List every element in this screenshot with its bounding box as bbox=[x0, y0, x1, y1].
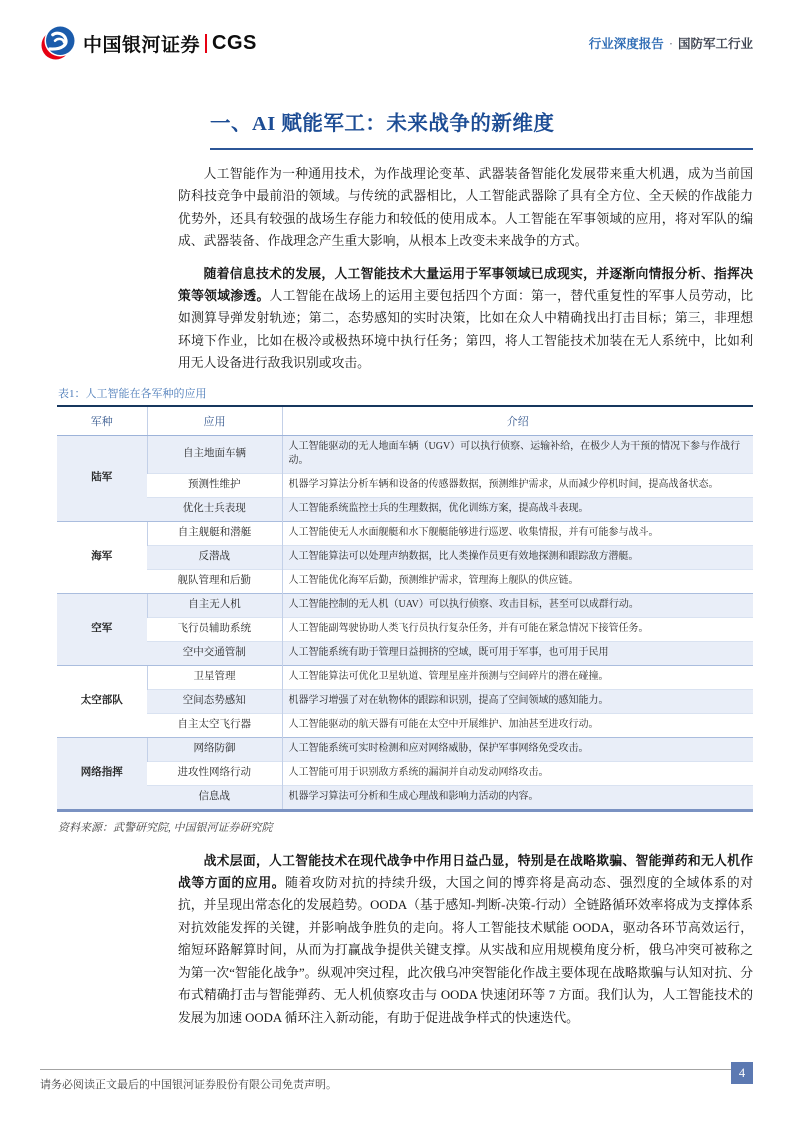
page-number-badge: 4 bbox=[731, 1062, 753, 1084]
app-cell: 自主太空飞行器 bbox=[147, 713, 282, 737]
table-row: 空中交通管制 人工智能系统有助于管理日益拥挤的空域，既可用于军事，也可用于民用 bbox=[57, 641, 753, 665]
desc-cell: 人工智能优化海军后勤，预测维护需求，管理海上舰队的供应链。 bbox=[282, 569, 753, 593]
desc-cell: 人工智能使无人水面舰艇和水下舰艇能够进行巡逻、收集情报，并有可能参与战斗。 bbox=[282, 521, 753, 545]
galaxy-logo-icon bbox=[40, 25, 76, 61]
desc-cell: 人工智能可用于识别敌方系统的漏洞并自动发动网络攻击。 bbox=[282, 761, 753, 785]
desc-cell: 人工智能系统可实时检测和应对网络威胁，保护军事网络免受攻击。 bbox=[282, 737, 753, 761]
table-row: 预测性维护 机器学习算法分析车辆和设备的传感器数据，预测维护需求，从而减少停机时… bbox=[57, 473, 753, 497]
report-page: 中国银河证券 CGS 行业深度报告·国防军工行业 一、AI 赋能军工：未来战争的… bbox=[0, 0, 793, 1122]
app-cell: 网络防御 bbox=[147, 737, 282, 761]
table-row: 陆军 自主地面车辆 人工智能驱动的无人地面车辆（UGV）可以执行侦察、运输补给，… bbox=[57, 435, 753, 473]
page-footer: 请务必阅读正文最后的中国银河证券股份有限公司免责声明。 4 bbox=[40, 1069, 753, 1092]
table-row: 信息战 机器学习算法可分析和生成心理战和影响力活动的内容。 bbox=[57, 785, 753, 810]
meta-separator: · bbox=[669, 37, 673, 51]
footer-disclaimer: 请务必阅读正文最后的中国银河证券股份有限公司免责声明。 bbox=[40, 1070, 753, 1092]
app-cell: 舰队管理和后勤 bbox=[147, 569, 282, 593]
desc-cell: 人工智能控制的无人机（UAV）可以执行侦察、攻击目标，甚至可以成群行动。 bbox=[282, 593, 753, 617]
industry-label: 国防军工行业 bbox=[678, 37, 753, 51]
table-row: 舰队管理和后勤 人工智能优化海军后勤，预测维护需求，管理海上舰队的供应链。 bbox=[57, 569, 753, 593]
table-row: 优化士兵表现 人工智能系统监控士兵的生理数据，优化训练方案，提高战斗表现。 bbox=[57, 497, 753, 521]
app-cell: 预测性维护 bbox=[147, 473, 282, 497]
desc-cell: 机器学习算法分析车辆和设备的传感器数据，预测维护需求，从而减少停机时间，提高战备… bbox=[282, 473, 753, 497]
app-cell: 空中交通管制 bbox=[147, 641, 282, 665]
body-text-top: 人工智能作为一种通用技术，为作战理论变革、武器装备智能化发展带来重大机遇，成为当… bbox=[178, 163, 753, 375]
desc-cell: 人工智能驱动的航天器有可能在太空中开展维护、加油甚至进攻行动。 bbox=[282, 713, 753, 737]
table-header-row: 军种 应用 介绍 bbox=[57, 406, 753, 436]
table-row: 空军 自主无人机 人工智能控制的无人机（UAV）可以执行侦察、攻击目标，甚至可以… bbox=[57, 593, 753, 617]
applications-table: 军种 应用 介绍 陆军 自主地面车辆 人工智能驱动的无人地面车辆（UGV）可以执… bbox=[57, 405, 753, 812]
table-row: 海军 自主舰艇和潜艇 人工智能使无人水面舰艇和水下舰艇能够进行巡逻、收集情报，并… bbox=[57, 521, 753, 545]
app-cell: 空间态势感知 bbox=[147, 689, 282, 713]
table-row: 进攻性网络行动 人工智能可用于识别敌方系统的漏洞并自动发动网络攻击。 bbox=[57, 761, 753, 785]
app-cell: 自主舰艇和潜艇 bbox=[147, 521, 282, 545]
brand-name-cn: 中国银河证券 bbox=[83, 30, 200, 57]
column-header-application: 应用 bbox=[147, 406, 282, 436]
table-row: 太空部队 卫星管理 人工智能算法可优化卫星轨道、管理星座并预测与空间碎片的潜在碰… bbox=[57, 665, 753, 689]
table-row: 空间态势感知 机器学习增强了对在轨物体的跟踪和识别，提高了空间领域的感知能力。 bbox=[57, 689, 753, 713]
table-row: 自主太空飞行器 人工智能驱动的航天器有可能在太空中开展维护、加油甚至进攻行动。 bbox=[57, 713, 753, 737]
app-cell: 自主地面车辆 bbox=[147, 435, 282, 473]
table-section: 表1：人工智能在各军种的应用 军种 应用 介绍 陆军 自主地面车辆 人工智能驱动… bbox=[57, 385, 753, 835]
desc-cell: 人工智能算法可优化卫星轨道、管理星座并预测与空间碎片的潜在碰撞。 bbox=[282, 665, 753, 689]
app-cell: 卫星管理 bbox=[147, 665, 282, 689]
branch-cell-cyber: 网络指挥 bbox=[57, 737, 147, 810]
column-header-description: 介绍 bbox=[282, 406, 753, 436]
table-row: 反潜战 人工智能算法可以处理声纳数据，比人类操作员更有效地探测和跟踪敌方潜艇。 bbox=[57, 545, 753, 569]
app-cell: 信息战 bbox=[147, 785, 282, 810]
app-cell: 飞行员辅助系统 bbox=[147, 617, 282, 641]
branch-cell-navy: 海军 bbox=[57, 521, 147, 593]
desc-cell: 机器学习增强了对在轨物体的跟踪和识别，提高了空间领域的感知能力。 bbox=[282, 689, 753, 713]
table-row: 飞行员辅助系统 人工智能副驾驶协助人类飞行员执行复杂任务，并有可能在紧急情况下接… bbox=[57, 617, 753, 641]
source-note: 资料来源：武警研究院, 中国银河证券研究院 bbox=[58, 819, 753, 835]
app-cell: 反潜战 bbox=[147, 545, 282, 569]
body-text-bottom: 战术层面，人工智能技术在现代战争中作用日益凸显，特别是在战略欺骗、智能弹药和无人… bbox=[178, 850, 753, 1029]
brand-divider bbox=[205, 34, 207, 53]
table-row: 网络指挥 网络防御 人工智能系统可实时检测和应对网络威胁，保护军事网络免受攻击。 bbox=[57, 737, 753, 761]
desc-cell: 人工智能算法可以处理声纳数据，比人类操作员更有效地探测和跟踪敌方潜艇。 bbox=[282, 545, 753, 569]
brand-name-en: CGS bbox=[212, 32, 257, 55]
desc-cell: 人工智能副驾驶协助人类飞行员执行复杂任务，并有可能在紧急情况下接管任务。 bbox=[282, 617, 753, 641]
branch-cell-airforce: 空军 bbox=[57, 593, 147, 665]
column-header-branch: 军种 bbox=[57, 406, 147, 436]
desc-cell: 人工智能系统监控士兵的生理数据，优化训练方案，提高战斗表现。 bbox=[282, 497, 753, 521]
desc-cell: 机器学习算法可分析和生成心理战和影响力活动的内容。 bbox=[282, 785, 753, 810]
paragraph-1-text: 人工智能作为一种通用技术，为作战理论变革、武器装备智能化发展带来重大机遇，成为当… bbox=[178, 167, 753, 248]
report-type-label: 行业深度报告 bbox=[589, 37, 664, 51]
paragraph-3: 战术层面，人工智能技术在现代战争中作用日益凸显，特别是在战略欺骗、智能弹药和无人… bbox=[178, 850, 753, 1029]
table-caption: 表1：人工智能在各军种的应用 bbox=[58, 385, 753, 401]
branch-cell-spaceforce: 太空部队 bbox=[57, 665, 147, 737]
report-meta: 行业深度报告·国防军工行业 bbox=[589, 34, 753, 52]
paragraph-2: 随着信息技术的发展，人工智能技术大量运用于军事领域已成现实，并逐渐向情报分析、指… bbox=[178, 263, 753, 375]
paragraph-1: 人工智能作为一种通用技术，为作战理论变革、武器装备智能化发展带来重大机遇，成为当… bbox=[178, 163, 753, 253]
paragraph-3-text: 随着攻防对抗的持续升级，大国之间的博弈将是高动态、强烈度的全域体系的对抗，并呈现… bbox=[178, 876, 753, 1024]
brand: 中国银河证券 CGS bbox=[40, 25, 257, 61]
branch-cell-army: 陆军 bbox=[57, 435, 147, 521]
app-cell: 优化士兵表现 bbox=[147, 497, 282, 521]
app-cell: 自主无人机 bbox=[147, 593, 282, 617]
section-title: 一、AI 赋能军工：未来战争的新维度 bbox=[210, 106, 753, 150]
desc-cell: 人工智能系统有助于管理日益拥挤的空域，既可用于军事，也可用于民用 bbox=[282, 641, 753, 665]
desc-cell: 人工智能驱动的无人地面车辆（UGV）可以执行侦察、运输补给，在极少人为干预的情况… bbox=[282, 435, 753, 473]
page-header: 中国银河证券 CGS 行业深度报告·国防军工行业 bbox=[40, 24, 753, 62]
app-cell: 进攻性网络行动 bbox=[147, 761, 282, 785]
